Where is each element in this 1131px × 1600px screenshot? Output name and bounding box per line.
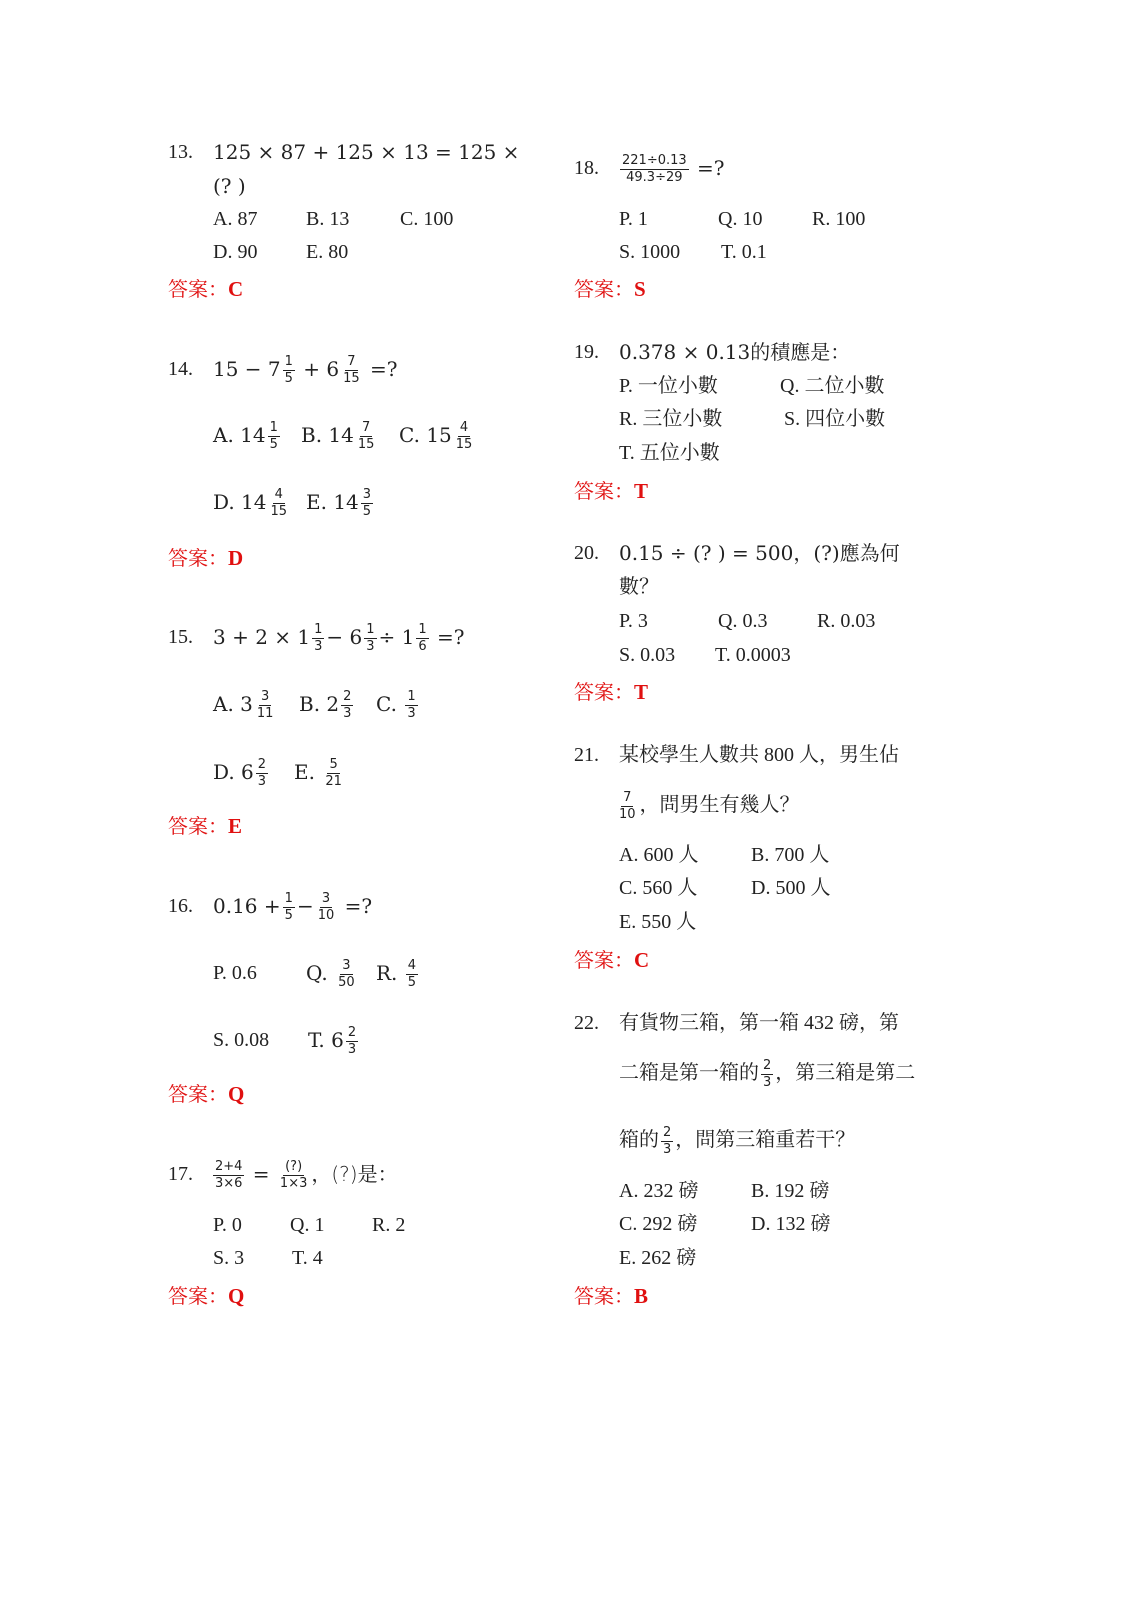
question-stem: 15 − 715 + 6715 =? (213, 350, 398, 388)
answer: 答案：D (168, 542, 243, 571)
stem-text: =? (697, 156, 724, 180)
option-d: D. 14415 (213, 483, 291, 521)
denominator: 15 (356, 437, 377, 452)
fraction: 16 (416, 623, 428, 654)
option-d: D. 500 人 (751, 878, 830, 898)
option-s: S. 1000 (619, 242, 680, 262)
option-label: R. (376, 961, 397, 985)
denominator: 3 (405, 706, 417, 721)
option-label: T. (308, 1028, 325, 1052)
fraction: 15 (283, 892, 295, 923)
question-stem: 125 × 87 + 125 × 13 = 125 × (213, 142, 519, 162)
denominator: 3 (364, 639, 376, 654)
question-number: 18. (574, 158, 599, 178)
numerator: 3 (259, 690, 271, 706)
answer-value: D (228, 546, 243, 570)
fraction: 23 (346, 1026, 358, 1057)
option-q: Q. 1 (290, 1215, 324, 1235)
numerator: 1 (268, 421, 280, 437)
fraction: 45 (406, 959, 418, 990)
option-label: E. (306, 490, 327, 514)
option-a: A. 87 (213, 209, 257, 229)
fraction: 415 (269, 488, 290, 519)
whole: 14 (241, 490, 266, 514)
fraction: 23 (341, 690, 353, 721)
fraction: 13 (405, 690, 417, 721)
option-c: C. 100 (400, 209, 453, 229)
answer: 答案：T (574, 676, 648, 705)
denominator: 15 (341, 371, 362, 386)
numerator: 221÷0.13 (620, 154, 689, 170)
answer-label: 答案： (168, 277, 228, 301)
denominator: 15 (454, 437, 475, 452)
stem-text: − (297, 894, 314, 918)
numerator: 3 (361, 488, 373, 504)
stem-text: 3 + 2 × 1 (213, 625, 310, 649)
fraction: 310 (316, 892, 337, 923)
question-number: 14. (168, 359, 193, 379)
option-a: A. 232 磅 (619, 1181, 698, 1201)
numerator: 2 (346, 1026, 358, 1042)
numerator: 3 (340, 959, 352, 975)
question-stem-cont: 箱的23，問第三箱重若干？ (619, 1121, 855, 1159)
numerator: 1 (283, 355, 295, 371)
numerator: (?) (283, 1160, 304, 1176)
question-stem-cont: 數？ (619, 577, 659, 597)
stem-text: ，問第三箱重若干？ (675, 1129, 855, 1151)
option-s: S. 3 (213, 1248, 244, 1268)
answer: 答案：T (574, 475, 648, 504)
option-a: A. 1415 (213, 416, 282, 454)
numerator: 1 (405, 690, 417, 706)
option-d: D. 132 磅 (751, 1214, 830, 1234)
option-d: D. 90 (213, 242, 257, 262)
fraction: 715 (356, 421, 377, 452)
answer-value: T (634, 479, 648, 503)
denominator: 3 (341, 706, 353, 721)
numerator: 3 (320, 892, 332, 908)
option-label: E. (294, 760, 315, 784)
answer-label: 答案： (574, 680, 634, 704)
question-stem-cont: 二箱是第一箱的23，第三箱是第二 (619, 1054, 915, 1092)
denominator: 3 (346, 1042, 358, 1057)
denominator: 3 (256, 774, 268, 789)
denominator: 5 (361, 504, 373, 519)
numerator: 5 (327, 758, 339, 774)
denominator: 11 (255, 706, 276, 721)
denominator: 5 (406, 975, 418, 990)
whole: 14 (328, 423, 353, 447)
option-s: S. 0.08 (213, 1030, 269, 1050)
stem-text: =? (370, 357, 397, 381)
denominator: 3 (312, 639, 324, 654)
option-label: A. (213, 692, 234, 716)
numerator: 2+4 (213, 1160, 244, 1176)
option-label: D. (213, 760, 235, 784)
fraction: 23 (661, 1126, 673, 1157)
answer-label: 答案： (574, 948, 634, 972)
question-number: 21. (574, 745, 599, 765)
question-stem: 221÷0.1349.3÷29 =? (618, 149, 725, 187)
denominator: 15 (269, 504, 290, 519)
option-c: C. 560 人 (619, 878, 697, 898)
option-e: E. 521 (294, 753, 346, 791)
option-r: R. 0.03 (817, 611, 875, 631)
option-b: B. 700 人 (751, 845, 829, 865)
option-b: B. 14715 (301, 416, 378, 454)
option-t: T. 五位小數 (619, 443, 720, 463)
question-stem: 0.378 × 0.13的積應是： (619, 342, 850, 362)
option-c: C. 15415 (399, 416, 476, 454)
numerator: 2 (761, 1059, 773, 1075)
answer: 答案：E (168, 810, 242, 839)
question-stem: 0.15 ÷ (? ) = 500，(?)應為何 (619, 543, 900, 563)
answer-value: C (228, 277, 243, 301)
option-s: S. 四位小數 (784, 409, 885, 429)
answer-label: 答案： (574, 277, 634, 301)
numerator: 7 (360, 421, 372, 437)
option-label: D. (213, 490, 235, 514)
answer-label: 答案： (168, 1082, 228, 1106)
answer-value: C (634, 948, 649, 972)
option-a: A. 3311 (213, 685, 277, 723)
numerator: 2 (341, 690, 353, 706)
option-p: P. 0.6 (213, 963, 257, 983)
numerator: 7 (345, 355, 357, 371)
fraction: 221÷0.1349.3÷29 (620, 154, 689, 185)
denominator: 10 (316, 908, 337, 923)
numerator: 1 (416, 623, 428, 639)
denominator: 3 (661, 1142, 673, 1157)
stem-text: 15 − 7 (213, 357, 281, 381)
option-t: T. 623 (308, 1021, 360, 1059)
denominator: 3 (761, 1075, 773, 1090)
option-e: E. 550 人 (619, 912, 696, 932)
question-number: 22. (574, 1013, 599, 1033)
fraction: 415 (454, 421, 475, 452)
option-label: C. (399, 423, 420, 447)
question-stem-cont: 710，問男生有幾人？ (615, 786, 800, 824)
numerator: 1 (283, 892, 295, 908)
numerator: 2 (256, 758, 268, 774)
fraction: 311 (255, 690, 276, 721)
denominator: 5 (283, 371, 295, 386)
stem-text: = (253, 1162, 270, 1186)
option-c: C. 292 磅 (619, 1214, 697, 1234)
option-t: T. 0.0003 (715, 645, 791, 665)
question-number: 19. (574, 342, 599, 362)
option-b: B. 13 (306, 209, 349, 229)
stem-text: + 6 (303, 357, 339, 381)
answer-label: 答案： (168, 546, 228, 570)
question-stem: 某校學生人數共 800 人，男生佔 (619, 745, 899, 765)
option-r: R. 100 (812, 209, 865, 229)
denominator: 5 (268, 437, 280, 452)
stem-text: 箱的 (619, 1129, 659, 1151)
option-s: S. 0.03 (619, 645, 675, 665)
stem-text: ÷ 1 (379, 625, 415, 649)
question-stem-cont: (? ) (213, 176, 246, 196)
fraction: 2+43×6 (213, 1160, 244, 1191)
option-label: Q. (306, 961, 328, 985)
option-t: T. 0.1 (721, 242, 767, 262)
fraction: 15 (268, 421, 280, 452)
answer-value: T (634, 680, 648, 704)
answer-value: B (634, 1284, 648, 1308)
fraction: 23 (256, 758, 268, 789)
option-p: P. 0 (213, 1215, 242, 1235)
answer-value: Q (228, 1082, 244, 1106)
numerator: 4 (458, 421, 470, 437)
numerator: 7 (621, 791, 633, 807)
numerator: 4 (273, 488, 285, 504)
option-d: D. 623 (213, 753, 270, 791)
question-stem: 有貨物三箱，第一箱 432 磅，第 (619, 1013, 899, 1033)
whole: 2 (326, 692, 339, 716)
numerator: 4 (406, 959, 418, 975)
option-r: R. 45 (376, 954, 420, 992)
option-label: A. (213, 423, 234, 447)
option-label: C. (376, 692, 397, 716)
option-e: E. 80 (306, 242, 348, 262)
fraction: 350 (336, 959, 357, 990)
option-q: Q. 350 (306, 954, 359, 992)
option-c: C. 13 (376, 685, 420, 723)
answer: 答案：Q (168, 1280, 244, 1309)
option-q: Q. 二位小數 (780, 376, 884, 396)
stem-text: − 6 (326, 625, 362, 649)
answer-label: 答案： (574, 1284, 634, 1308)
option-e: E. 262 磅 (619, 1248, 696, 1268)
whole: 14 (333, 490, 358, 514)
stem-text: ，第三箱是第二 (775, 1062, 915, 1084)
stem-text: 0.16 + (213, 894, 281, 918)
option-label: B. (299, 692, 320, 716)
stem-text: ，(?)是： (311, 1162, 397, 1186)
whole: 3 (240, 692, 253, 716)
option-p: P. 一位小數 (619, 376, 718, 396)
fraction: 15 (283, 355, 295, 386)
question-stem: 2+43×6 = (?)1×3，(?)是： (211, 1155, 398, 1193)
option-b: B. 223 (299, 685, 355, 723)
option-q: Q. 10 (718, 209, 762, 229)
question-number: 13. (168, 142, 193, 162)
whole: 14 (240, 423, 265, 447)
denominator: 21 (323, 774, 344, 789)
denominator: 49.3÷29 (624, 170, 684, 185)
denominator: 3×6 (213, 1176, 244, 1191)
option-r: R. 2 (372, 1215, 405, 1235)
stem-text: 二箱是第一箱的 (619, 1062, 759, 1084)
question-number: 15. (168, 627, 193, 647)
answer: 答案：S (574, 273, 646, 302)
option-t: T. 4 (292, 1248, 323, 1268)
stem-text: =? (437, 625, 464, 649)
denominator: 10 (617, 807, 638, 822)
answer-label: 答案： (574, 479, 634, 503)
fraction: 521 (323, 758, 344, 789)
option-b: B. 192 磅 (751, 1181, 829, 1201)
denominator: 5 (283, 908, 295, 923)
answer: 答案：Q (168, 1078, 244, 1107)
numerator: 1 (312, 623, 324, 639)
option-q: Q. 0.3 (718, 611, 767, 631)
answer-label: 答案： (168, 1284, 228, 1308)
numerator: 1 (364, 623, 376, 639)
whole: 15 (426, 423, 451, 447)
denominator: 6 (416, 639, 428, 654)
fraction: 23 (761, 1059, 773, 1090)
fraction: 710 (617, 791, 638, 822)
whole: 6 (331, 1028, 344, 1052)
question-number: 17. (168, 1164, 193, 1184)
fraction: 715 (341, 355, 362, 386)
fraction: 13 (364, 623, 376, 654)
answer-value: Q (228, 1284, 244, 1308)
option-p: P. 3 (619, 611, 648, 631)
option-e: E. 1435 (306, 483, 375, 521)
question-number: 20. (574, 543, 599, 563)
option-r: R. 三位小數 (619, 409, 722, 429)
denominator: 50 (336, 975, 357, 990)
stem-text: ，問男生有幾人？ (640, 794, 800, 816)
answer: 答案：C (574, 944, 649, 973)
question-stem: 3 + 2 × 113− 613÷ 116 =? (213, 618, 465, 656)
option-label: B. (301, 423, 322, 447)
option-p: P. 1 (619, 209, 648, 229)
fraction: (?)1×3 (278, 1160, 309, 1191)
answer-value: E (228, 814, 242, 838)
question-number: 16. (168, 896, 193, 916)
fraction: 13 (312, 623, 324, 654)
answer: 答案：B (574, 1280, 648, 1309)
answer-value: S (634, 277, 646, 301)
answer: 答案：C (168, 273, 243, 302)
fraction: 35 (361, 488, 373, 519)
whole: 6 (241, 760, 254, 784)
answer-label: 答案： (168, 814, 228, 838)
option-a: A. 600 人 (619, 845, 698, 865)
denominator: 1×3 (278, 1176, 309, 1191)
numerator: 2 (661, 1126, 673, 1142)
question-stem: 0.16 +15−310 =? (213, 887, 372, 925)
stem-text: =? (345, 894, 372, 918)
